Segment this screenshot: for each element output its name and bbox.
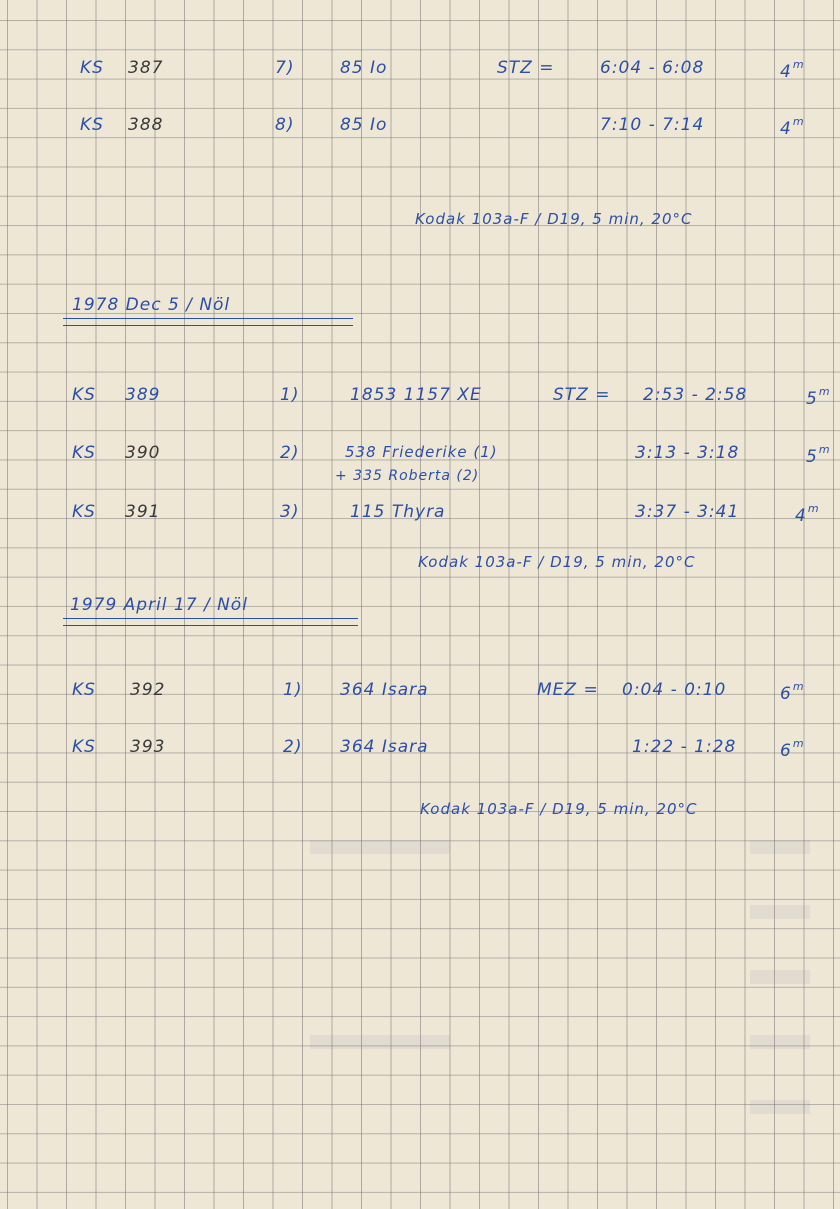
object-name: 1853 1157 XE [350,385,482,405]
plate-id: KS [72,737,96,757]
plate-number: 391 [125,502,160,522]
time-range: 3:37 - 3:41 [635,502,739,522]
sequence-number: 1) [280,385,299,405]
timezone-label: MEZ = [537,680,599,700]
plate-number: 387 [128,58,163,78]
plate-number: 389 [125,385,160,405]
plate-number: 393 [130,737,165,757]
object-name: 364 Isara [340,680,429,700]
sequence-number: 1) [283,680,302,700]
sequence-number: 2) [280,443,299,463]
plate-number: 388 [128,115,163,135]
object-name: 364 Isara [340,737,429,757]
timezone-label: STZ = [497,58,554,78]
section-date-header: 1979 April 17 / Nöl [70,595,248,615]
plate-id: KS [72,502,96,522]
object-name: 115 Thyra [350,502,445,522]
plate-number: 392 [130,680,165,700]
sequence-number: 2) [283,737,302,757]
exposure: 5m [806,385,831,409]
film-processing-note: Kodak 103a-F / D19, 5 min, 20°C [418,553,695,571]
section-date-header: 1978 Dec 5 / Nöl [72,295,230,315]
plate-id: KS [80,115,104,135]
sequence-number: 7) [275,58,294,78]
time-range: 2:53 - 2:58 [643,385,747,405]
sequence-number: 8) [275,115,294,135]
reverse-side-bleed-through [80,835,810,1165]
object-name: 85 Io [340,115,387,135]
object-name-secondary: + 335 Roberta (2) [335,468,479,484]
film-processing-note: Kodak 103a-F / D19, 5 min, 20°C [420,800,697,818]
film-processing-note: Kodak 103a-F / D19, 5 min, 20°C [415,210,692,228]
plate-id: KS [72,680,96,700]
object-name: 85 Io [340,58,387,78]
object-name: 538 Friederike (1) [345,443,498,461]
time-range: 1:22 - 1:28 [632,737,736,757]
sequence-number: 3) [280,502,299,522]
exposure: 4m [780,115,805,139]
time-range: 3:13 - 3:18 [635,443,739,463]
exposure: 6m [780,680,805,704]
header-underline [63,618,358,626]
time-range: 7:10 - 7:14 [600,115,704,135]
exposure: 6m [780,737,805,761]
header-underline [63,318,353,326]
exposure: 4m [795,502,820,526]
exposure: 5m [806,443,831,467]
plate-id: KS [72,443,96,463]
notebook-page: KS 387 7) 85 Io STZ = 6:04 - 6:08 4m KS … [0,0,840,1209]
exposure: 4m [780,58,805,82]
plate-id: KS [72,385,96,405]
plate-id: KS [80,58,104,78]
time-range: 6:04 - 6:08 [600,58,704,78]
time-range: 0:04 - 0:10 [622,680,726,700]
timezone-label: STZ = [553,385,610,405]
plate-number: 390 [125,443,160,463]
